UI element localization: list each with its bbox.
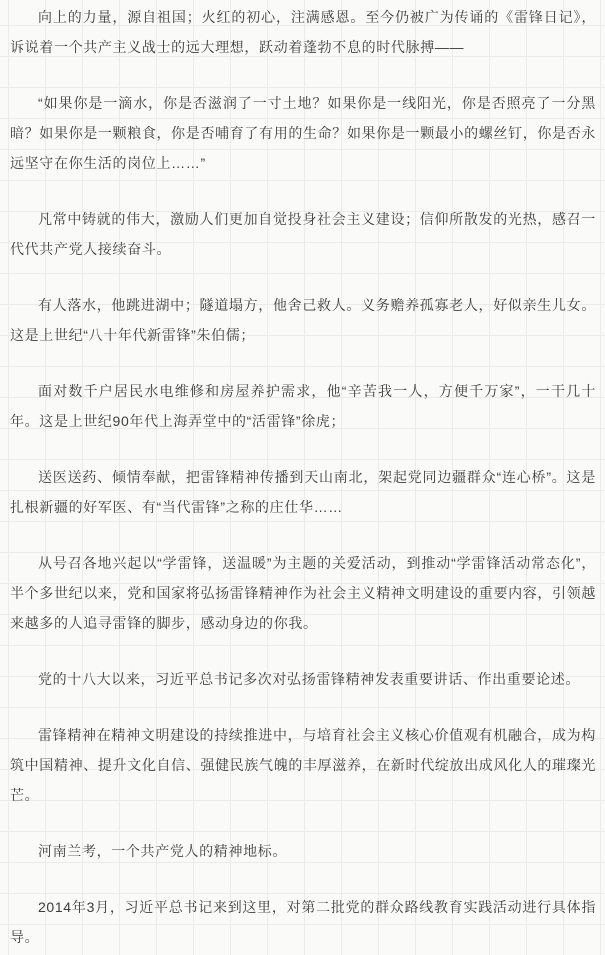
paragraph-6: 送医送药、倾情奉献，把雷锋精神传播到天山南北，架起党同边疆群众“连心桥”。这是扎… [10, 462, 596, 522]
paragraph-1: 向上的力量，源自祖国；火红的初心，注满感恩。至今仍被广为传诵的《雷锋日记》，诉说… [10, 2, 596, 62]
paragraph-9: 雷锋精神在精神文明建设的持续推进中，与培育社会主义核心价值观有机融合，成为构筑中… [10, 720, 596, 810]
paragraph-7: 从号召各地兴起以“学雷锋，送温暖”为主题的关爱活动，到推动“学雷锋活动常态化”，… [10, 548, 596, 638]
article-body: 向上的力量，源自祖国；火红的初心，注满感恩。至今仍被广为传诵的《雷锋日记》，诉说… [0, 0, 605, 952]
paragraph-4: 有人落水，他跳进湖中；隧道塌方，他舍己救人。义务赡养孤寡老人，好似亲生儿女。这是… [10, 290, 596, 350]
paragraph-3: 凡常中铸就的伟大，激励人们更加自觉投身社会主义建设；信仰所散发的光热，感召一代代… [10, 204, 596, 264]
paragraph-2-quote: “如果你是一滴水，你是否滋润了一寸土地？如果你是一线阳光，你是否照亮了一分黑暗？… [10, 88, 596, 178]
paragraph-11: 2014年3月，习近平总书记来到这里，对第二批党的群众路线教育实践活动进行具体指… [10, 892, 596, 952]
paragraph-10: 河南兰考，一个共产党人的精神地标。 [10, 836, 596, 866]
paragraph-8: 党的十八大以来，习近平总书记多次对弘扬雷锋精神发表重要讲话、作出重要论述。 [10, 664, 596, 694]
paragraph-5: 面对数千户居民水电维修和房屋养护需求，他“辛苦我一人，方便千万家”，一干几十年。… [10, 376, 596, 436]
